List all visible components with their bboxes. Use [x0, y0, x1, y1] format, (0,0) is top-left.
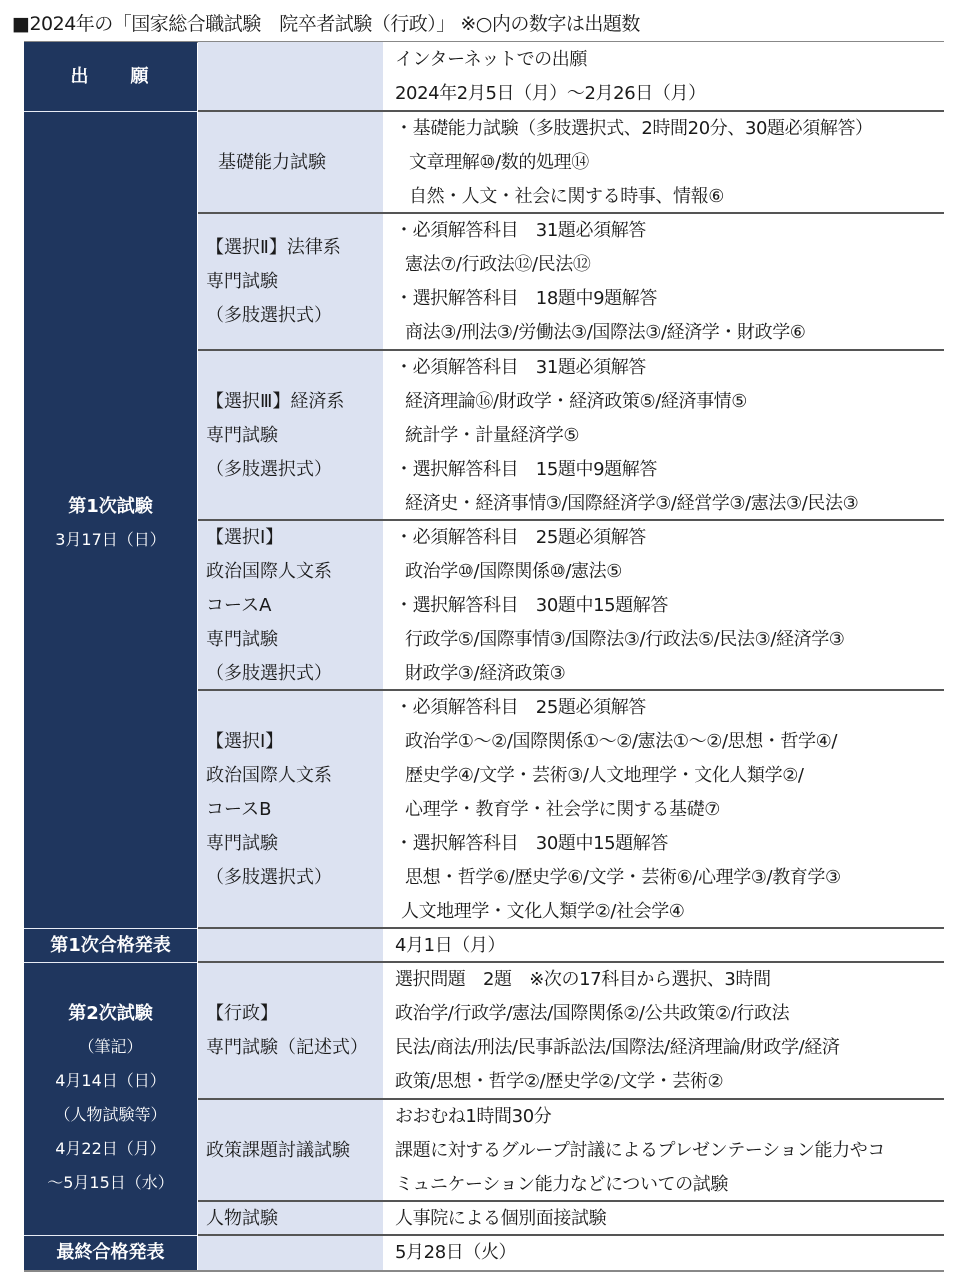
section-name: 人物試験	[198, 1202, 383, 1235]
table-row-policy-discussion: 政策課題討議試験 おおむね1時間30分 課題に対するグループ討議によるプレゼンテ…	[24, 1100, 944, 1201]
section-content: ・基礎能力試験（多肢選択式、2時間20分、30題必須解答） 文章理解⑩/数的処理…	[383, 112, 944, 213]
section-name: 【選択Ⅲ】経済系 専門試験 （多肢選択式）	[198, 351, 383, 520]
section-name: 基礎能力試験	[198, 112, 383, 213]
table-row-economics: 【選択Ⅲ】経済系 専門試験 （多肢選択式） ・必須解答科目 31題必須解答 経済…	[24, 351, 944, 520]
row-subheader-application	[198, 42, 383, 111]
table-row-law: 【選択Ⅱ】法律系 専門試験 （多肢選択式） ・必須解答科目 31題必須解答 憲法…	[24, 214, 944, 350]
table-row-interview: 人物試験 人事院による個別面接試験	[24, 1202, 944, 1235]
table-row-gyosei: 【行政】 専門試験（記述式） 選択問題 2題 ※次の17科目から選択、3時間 政…	[24, 963, 944, 1099]
row-header-first-pass: 第1次合格発表	[24, 929, 197, 962]
section-content: おおむね1時間30分 課題に対するグループ討議によるプレゼンテーション能力やコ …	[383, 1100, 944, 1201]
table-row-application: 出 願 インターネットでの出願 2024年2月5日（月）～2月26日（月）	[24, 42, 944, 111]
section-name: 政策課題討議試験	[198, 1100, 383, 1201]
row-subheader-first-pass	[198, 929, 383, 962]
table-row-course-a: 【選択Ⅰ】 政治国際人文系 コースA 専門試験 （多肢選択式） ・必須解答科目 …	[24, 521, 944, 690]
section-content: ・必須解答科目 31題必須解答 憲法⑦/行政法⑫/民法⑫ ・選択解答科目 18題…	[383, 214, 944, 350]
section-name: 【選択Ⅰ】 政治国際人文系 コースA 専門試験 （多肢選択式）	[198, 521, 383, 690]
section-name: 【行政】 専門試験（記述式）	[198, 963, 383, 1099]
row-subheader-final-pass	[198, 1236, 383, 1270]
row-content-application: インターネットでの出願 2024年2月5日（月）～2月26日（月）	[383, 42, 944, 111]
row-content-final-pass: 5月28日（火）	[383, 1236, 944, 1270]
row-header-final-pass: 最終合格発表	[24, 1236, 197, 1270]
table-row-final-pass: 最終合格発表 5月28日（火）	[24, 1236, 944, 1270]
page-title: ■2024年の「国家総合職試験 院卒者試験（行政）」 ※○内の数字は出題数	[12, 10, 640, 38]
table-bottom-rule	[24, 1270, 944, 1272]
section-content: 選択問題 2題 ※次の17科目から選択、3時間 政治学/行政学/憲法/国際関係②…	[383, 963, 944, 1099]
section-content: ・必須解答科目 25題必須解答 政治学⑩/国際関係⑩/憲法⑤ ・選択解答科目 3…	[383, 521, 944, 690]
content-line: インターネットでの出願	[395, 43, 944, 77]
section-content: 人事院による個別面接試験	[383, 1202, 944, 1235]
section-name: 【選択Ⅱ】法律系 専門試験 （多肢選択式）	[198, 214, 383, 350]
section-name: 【選択Ⅰ】 政治国際人文系 コースB 専門試験 （多肢選択式）	[198, 691, 383, 928]
row-content-first-pass: 4月1日（月）	[383, 929, 944, 962]
section-content: ・必須解答科目 25題必須解答 政治学①～②/国際関係①～②/憲法①～②/思想・…	[383, 691, 944, 928]
table-row-kiso: 基礎能力試験 ・基礎能力試験（多肢選択式、2時間20分、30題必須解答） 文章理…	[24, 112, 944, 213]
table-row-first-pass: 第1次合格発表 4月1日（月）	[24, 929, 944, 962]
section-content: ・必須解答科目 31題必須解答 経済理論⑯/財政学・経済政策⑤/経済事情⑤ 統計…	[383, 351, 944, 520]
row-header-application: 出 願	[24, 42, 197, 111]
content-line: 2024年2月5日（月）～2月26日（月）	[395, 77, 944, 111]
table-row-course-b: 【選択Ⅰ】 政治国際人文系 コースB 専門試験 （多肢選択式） ・必須解答科目 …	[24, 691, 944, 928]
